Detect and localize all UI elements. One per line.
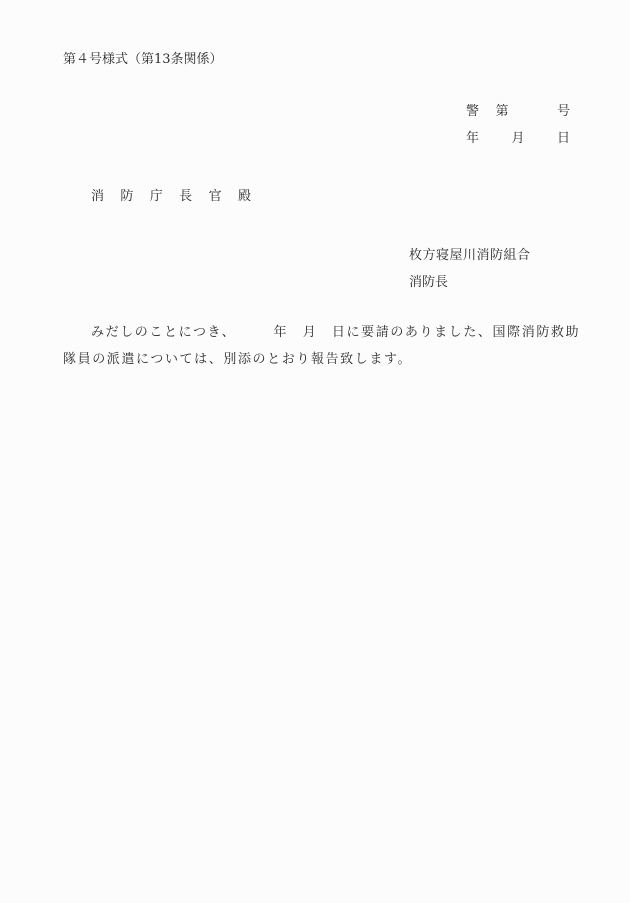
reference-date: 年 月 日 [466, 131, 570, 147]
reference-number: 警 第 号 [466, 104, 570, 120]
form-title: 第４号様式（第13条関係） [63, 52, 223, 68]
addressee-char: 官 [209, 189, 222, 205]
body-text-line-2: 隊員の派遣については、別添のとおり報告致します。 [63, 352, 412, 368]
addressee-char: 消 [91, 189, 104, 205]
date-month: 月 [511, 131, 524, 147]
sender-title: 消防長 [409, 275, 448, 291]
addressee: 消 防 庁 長 官 殿 [91, 189, 251, 205]
body-text-line-1: みだしのことにつき、 年 月 日に要請のありました、国際消防救助 [91, 325, 580, 341]
date-year: 年 [466, 131, 479, 147]
addressee-char: 庁 [150, 189, 163, 205]
reference-prefix: 警 [466, 104, 479, 120]
addressee-char: 長 [179, 189, 192, 205]
date-day: 日 [557, 131, 570, 147]
addressee-char: 防 [120, 189, 133, 205]
addressee-char: 殿 [238, 189, 251, 205]
reference-dai: 第 [495, 104, 508, 120]
sender-organization: 枚方寝屋川消防組合 [409, 248, 531, 264]
reference-go: 号 [557, 104, 570, 120]
